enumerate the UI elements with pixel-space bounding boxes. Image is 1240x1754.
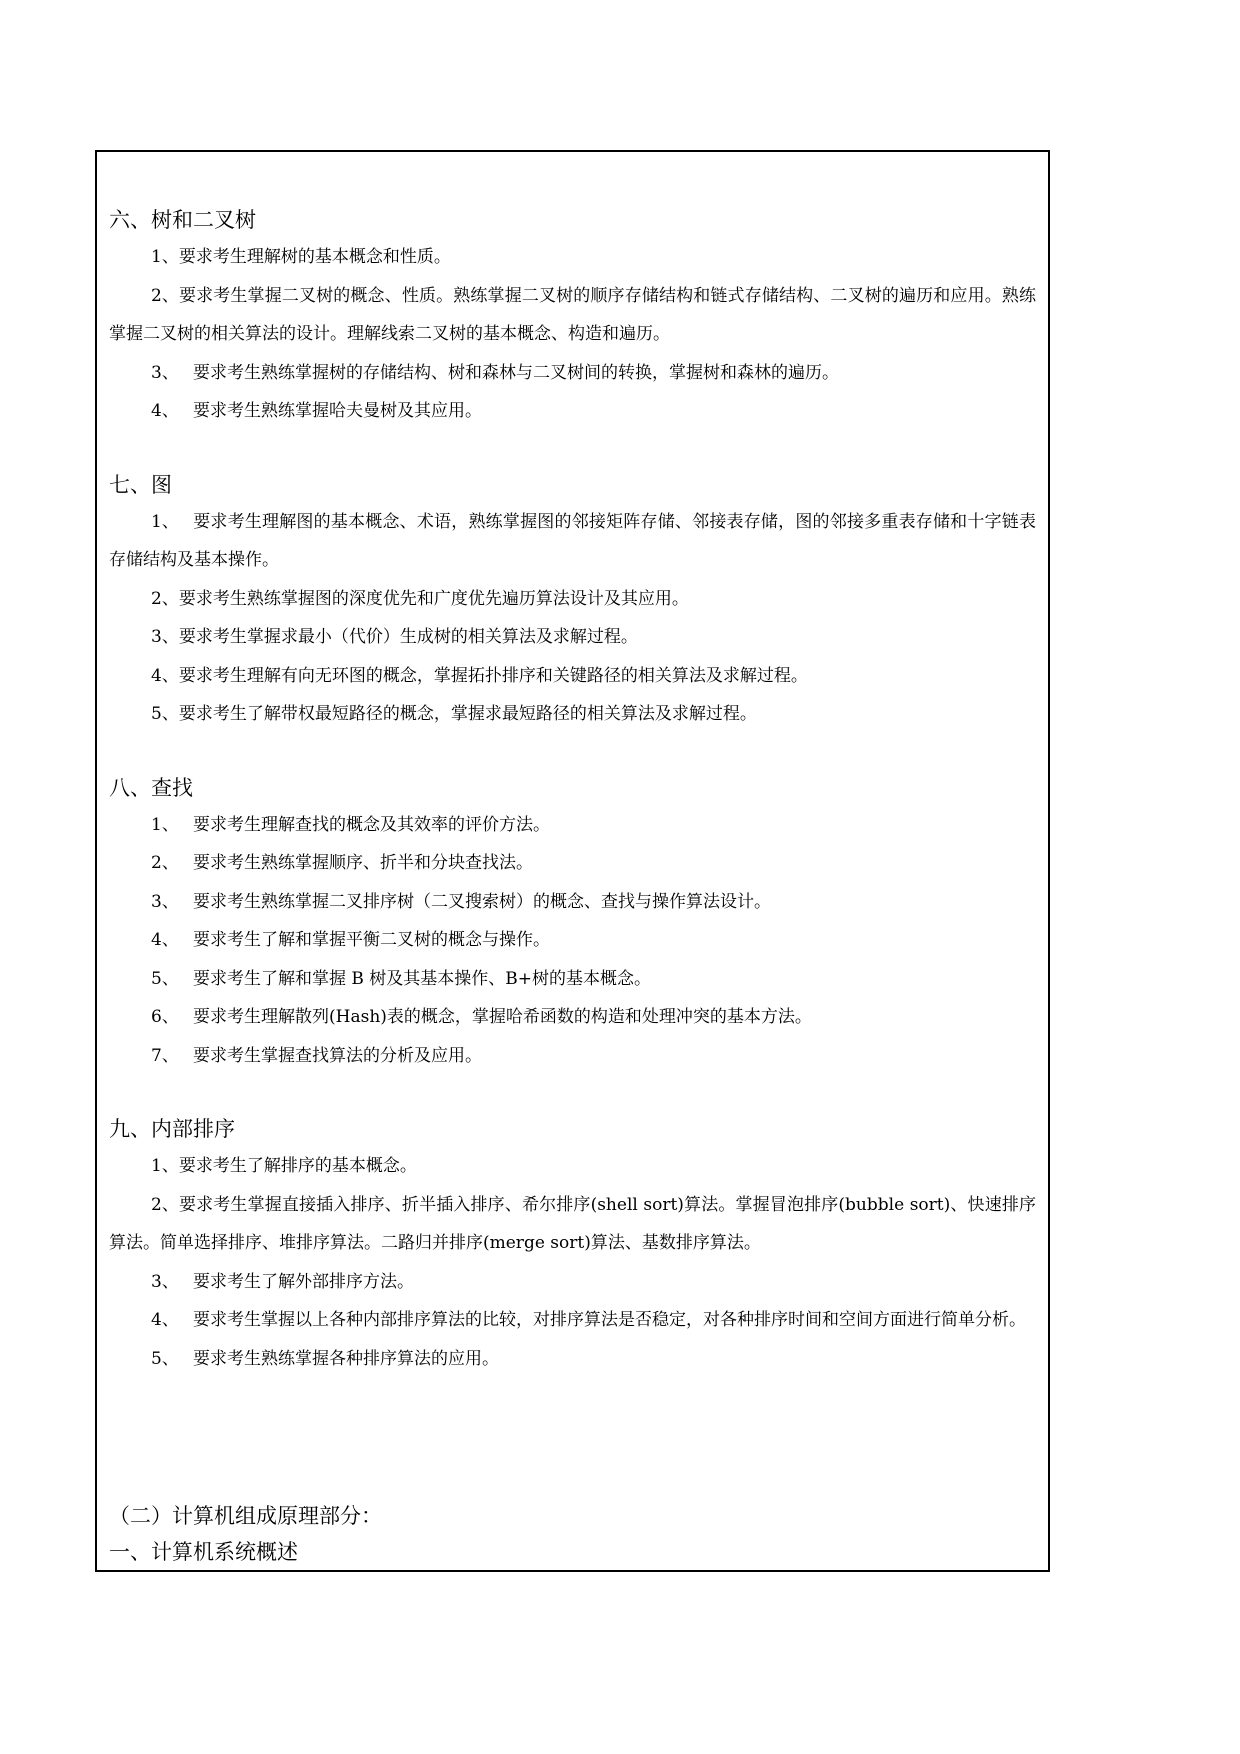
item-number: 5、 [151,1340,193,1379]
item-text: 要求考生理解树的基本概念和性质。 [179,247,451,267]
item-number: 4、 [151,392,193,431]
item-text: 要求考生熟练掌握二叉排序树（二叉搜索树）的概念、查找与操作算法设计。 [193,892,771,912]
item-number: 2、 [151,1186,179,1225]
part-two-block: （二）计算机组成原理部分： 一、计算机系统概述 [109,1498,382,1570]
item-number: 3、 [151,354,193,393]
item-number: 1、 [151,806,193,845]
section-heading: 八、查找 [109,770,1036,806]
list-item: 3、要求考生熟练掌握树的存储结构、树和森林与二叉树间的转换，掌握树和森林的遍历。 [109,354,1036,393]
part-heading: （二）计算机组成原理部分： [109,1498,382,1534]
item-text: 要求考生熟练掌握顺序、折半和分块查找法。 [193,853,533,873]
list-item: 1、要求考生理解查找的概念及其效率的评价方法。 [109,806,1036,845]
list-item: 3、要求考生了解外部排序方法。 [109,1263,1036,1302]
list-item: 2、要求考生熟练掌握顺序、折半和分块查找法。 [109,844,1036,883]
item-text: 要求考生掌握查找算法的分析及应用。 [193,1046,482,1066]
list-item: 3、要求考生熟练掌握二叉排序树（二叉搜索树）的概念、查找与操作算法设计。 [109,883,1036,922]
list-item: 2、要求考生熟练掌握图的深度优先和广度优先遍历算法设计及其应用。 [109,580,1036,619]
item-text: 要求考生了解外部排序方法。 [193,1272,414,1292]
section-trees: 六、树和二叉树 1、要求考生理解树的基本概念和性质。 2、要求考生掌握二叉树的概… [109,202,1036,431]
item-text: 要求考生了解和掌握 B 树及其基本操作、B+树的基本概念。 [193,969,651,989]
section-heading: 七、图 [109,467,1036,503]
list-item: 2、要求考生掌握直接插入排序、折半插入排序、希尔排序(shell sort)算法… [109,1186,1036,1263]
item-text: 要求考生掌握二叉树的概念、性质。熟练掌握二叉树的顺序存储结构和链式存储结构、二叉… [109,286,1036,345]
item-number: 1、 [151,238,179,277]
section-heading: 六、树和二叉树 [109,202,1036,238]
list-item: 2、要求考生掌握二叉树的概念、性质。熟练掌握二叉树的顺序存储结构和链式存储结构、… [109,277,1036,354]
item-text: 要求考生理解散列(Hash)表的概念，掌握哈希函数的构造和处理冲突的基本方法。 [193,1007,812,1027]
list-item: 1、要求考生理解树的基本概念和性质。 [109,238,1036,277]
item-text: 要求考生掌握求最小（代价）生成树的相关算法及求解过程。 [179,627,638,647]
section-heading: 九、内部排序 [109,1111,1036,1147]
item-text: 要求考生了解和掌握平衡二叉树的概念与操作。 [193,930,550,950]
list-item: 3、要求考生掌握求最小（代价）生成树的相关算法及求解过程。 [109,618,1036,657]
item-number: 6、 [151,998,193,1037]
item-number: 4、 [151,1301,193,1340]
item-text: 要求考生理解有向无环图的概念，掌握拓扑排序和关键路径的相关算法及求解过程。 [179,666,808,686]
item-text: 要求考生熟练掌握哈夫曼树及其应用。 [193,401,482,421]
item-number: 5、 [151,695,179,734]
item-text: 要求考生掌握以上各种内部排序算法的比较，对排序算法是否稳定，对各种排序时间和空间… [193,1310,1026,1330]
section-heading: 一、计算机系统概述 [109,1534,382,1570]
list-item: 4、要求考生了解和掌握平衡二叉树的概念与操作。 [109,921,1036,960]
item-number: 7、 [151,1037,193,1076]
document-content-box: 六、树和二叉树 1、要求考生理解树的基本概念和性质。 2、要求考生掌握二叉树的概… [95,150,1050,1572]
item-text: 要求考生熟练掌握树的存储结构、树和森林与二叉树间的转换，掌握树和森林的遍历。 [193,363,839,383]
item-number: 4、 [151,657,179,696]
section-internal-sorting: 九、内部排序 1、要求考生了解排序的基本概念。 2、要求考生掌握直接插入排序、折… [109,1111,1036,1378]
item-text: 要求考生了解带权最短路径的概念，掌握求最短路径的相关算法及求解过程。 [179,704,757,724]
item-number: 4、 [151,921,193,960]
list-item: 4、要求考生掌握以上各种内部排序算法的比较，对排序算法是否稳定，对各种排序时间和… [109,1301,1036,1340]
item-number: 5、 [151,960,193,999]
list-item: 5、要求考生熟练掌握各种排序算法的应用。 [109,1340,1036,1379]
item-number: 2、 [151,580,179,619]
item-number: 1、 [151,503,193,542]
list-item: 5、要求考生了解带权最短路径的概念，掌握求最短路径的相关算法及求解过程。 [109,695,1036,734]
item-number: 3、 [151,1263,193,1302]
item-text: 要求考生了解排序的基本概念。 [179,1156,417,1176]
list-item: 4、要求考生熟练掌握哈夫曼树及其应用。 [109,392,1036,431]
item-number: 1、 [151,1147,179,1186]
item-text: 要求考生熟练掌握各种排序算法的应用。 [193,1349,499,1369]
section-graphs: 七、图 1、要求考生理解图的基本概念、术语，熟练掌握图的邻接矩阵存储、邻接表存储… [109,467,1036,734]
section-search: 八、查找 1、要求考生理解查找的概念及其效率的评价方法。 2、要求考生熟练掌握顺… [109,770,1036,1076]
list-item: 1、要求考生理解图的基本概念、术语，熟练掌握图的邻接矩阵存储、邻接表存储，图的邻… [109,503,1036,580]
item-text: 要求考生熟练掌握图的深度优先和广度优先遍历算法设计及其应用。 [179,589,689,609]
list-item: 4、要求考生理解有向无环图的概念，掌握拓扑排序和关键路径的相关算法及求解过程。 [109,657,1036,696]
item-number: 2、 [151,277,179,316]
item-number: 2、 [151,844,193,883]
list-item: 1、要求考生了解排序的基本概念。 [109,1147,1036,1186]
item-number: 3、 [151,618,179,657]
list-item: 5、要求考生了解和掌握 B 树及其基本操作、B+树的基本概念。 [109,960,1036,999]
item-text: 要求考生理解图的基本概念、术语，熟练掌握图的邻接矩阵存储、邻接表存储，图的邻接多… [109,512,1036,571]
item-number: 3、 [151,883,193,922]
list-item: 6、要求考生理解散列(Hash)表的概念，掌握哈希函数的构造和处理冲突的基本方法… [109,998,1036,1037]
list-item: 7、要求考生掌握查找算法的分析及应用。 [109,1037,1036,1076]
item-text: 要求考生掌握直接插入排序、折半插入排序、希尔排序(shell sort)算法。掌… [109,1195,1036,1254]
item-text: 要求考生理解查找的概念及其效率的评价方法。 [193,815,550,835]
